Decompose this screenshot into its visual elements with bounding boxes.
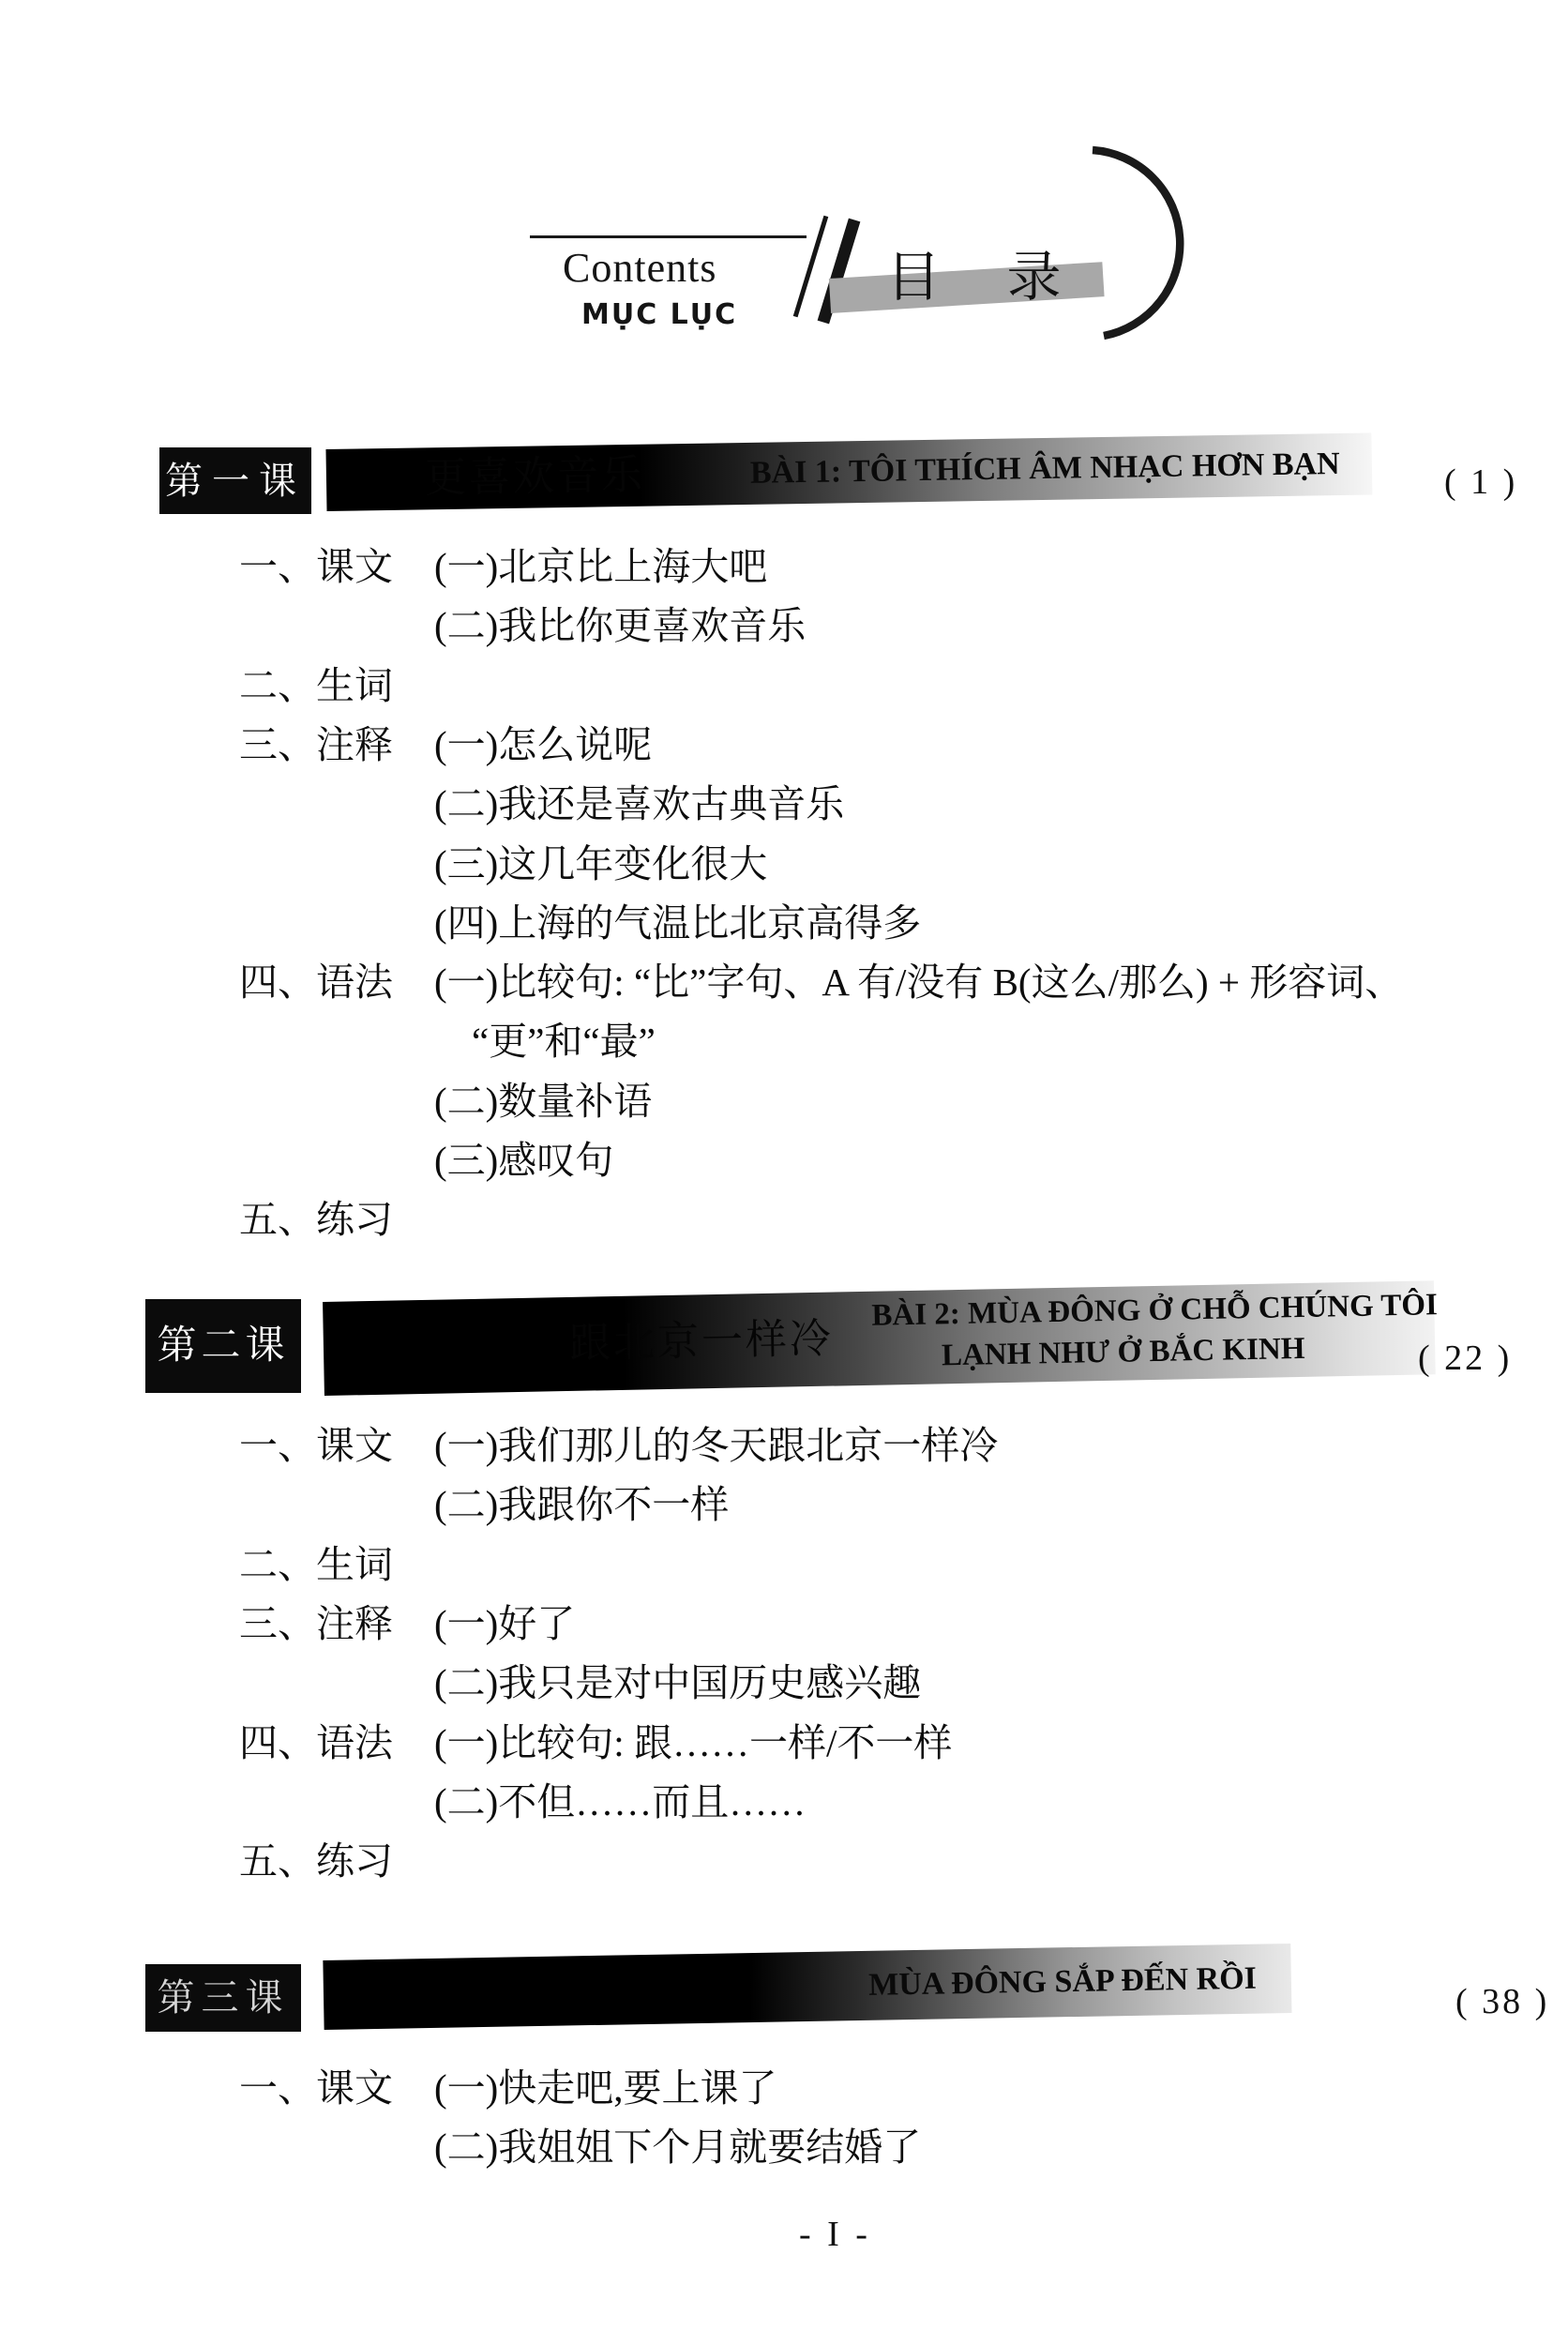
toc-section-label: 五、练习 xyxy=(239,1837,393,1885)
lesson3-number-box: 第三课 xyxy=(145,1964,301,2032)
lesson2-page-number: ( 22 ) xyxy=(1418,1338,1512,1379)
lesson3-title-vi: MÙA ĐÔNG SẮP ĐẾN RỒI xyxy=(712,1944,1257,2023)
toc-item-text: (三)这几年变化很大 xyxy=(434,840,767,888)
toc-item-text: (一)怎么说呢 xyxy=(434,720,652,769)
toc-section-label: 一、课文 xyxy=(239,542,393,591)
toc-section-label: 二、生词 xyxy=(239,1540,393,1589)
header-underline xyxy=(530,235,807,238)
toc-section-label: 一、课文 xyxy=(239,2064,393,2112)
toc-item-text: (一)好了 xyxy=(434,1599,575,1648)
toc-item-text: (一)比较句: “比”字句、A 有/没有 B(这么/那么) + 形容词、 xyxy=(434,958,1403,1006)
toc-section-label: 五、练习 xyxy=(239,1195,393,1244)
toc-section-label: 四、语法 xyxy=(239,958,393,1006)
toc-item-text: (二)不但……而且…… xyxy=(434,1778,806,1826)
lesson1-title-vi: BÀI 1: TÔI THÍCH ÂM NHẠC HƠN BẠN xyxy=(749,433,1340,505)
toc-section-label: 一、课文 xyxy=(239,1421,393,1470)
toc-item-text: (三)感叹句 xyxy=(434,1136,613,1185)
toc-item-text: (一)北京比上海大吧 xyxy=(434,542,767,591)
lesson1-number-box: 第一课 xyxy=(159,447,311,514)
toc-item-text: (二)我姐姐下个月就要结婚了 xyxy=(434,2123,921,2171)
lesson2-number-box: 第二课 xyxy=(145,1299,301,1393)
toc-item-text: (一)我们那儿的冬天跟北京一样冷 xyxy=(434,1421,998,1470)
toc-item-text: (四)上海的气温比北京高得多 xyxy=(434,899,921,947)
contents-title-zh: 目 录 xyxy=(886,233,1088,311)
contents-title-vi: MỤC LỤC xyxy=(581,298,737,331)
toc-item-text: “更”和“最” xyxy=(472,1017,656,1066)
page-number-footer: - I - xyxy=(799,2214,871,2255)
lesson2-title-bar: 跟北京一样冷 BÀI 2: MÙA ĐÔNG Ở CHỖ CHÚNG TÔI L… xyxy=(323,1280,1436,1396)
lesson2-title-zh: 跟北京一样冷 xyxy=(568,1293,835,1391)
toc-section-label: 二、生词 xyxy=(239,661,393,710)
lesson2-title-vi-line2: LẠNH NHƯ Ở BẮC KINH xyxy=(872,1330,1375,1374)
lesson1-page-number: ( 1 ) xyxy=(1444,454,1517,510)
lesson1-title-bar: 更喜欢音乐 BÀI 1: TÔI THÍCH ÂM NHẠC HƠN BẠN xyxy=(325,432,1372,511)
toc-item-text: (一)快走吧,要上课了 xyxy=(434,2064,777,2112)
lesson3-title-bar: MÙA ĐÔNG SẮP ĐẾN RỒI xyxy=(323,1944,1291,2030)
lesson2-items: 一、课文 (一)我们那儿的冬天跟北京一样冷 (二)我跟你不一样 二、生词 三、注… xyxy=(239,1421,1552,1909)
toc-item-text: (二)我跟你不一样 xyxy=(434,1480,729,1529)
lesson3-page-number: ( 38 ) xyxy=(1455,1974,1549,2030)
toc-item-text: (二)我比你更喜欢音乐 xyxy=(434,601,806,650)
lesson3-items: 一、课文 (一)快走吧,要上课了 (二)我姐姐下个月就要结婚了 xyxy=(239,2064,1552,2195)
toc-section-label: 三、注释 xyxy=(239,720,393,769)
toc-page: Contents MỤC LỤC 目 录 第一课 更喜欢音乐 BÀI 1: TÔ… xyxy=(0,0,1568,2345)
toc-section-label: 三、注释 xyxy=(239,1599,393,1648)
toc-item-text: (一)比较句: 跟……一样/不一样 xyxy=(434,1718,952,1767)
lesson1-title-zh: 更喜欢音乐 xyxy=(424,445,645,510)
contents-title-en: Contents xyxy=(563,244,716,292)
toc-item-text: (二)数量补语 xyxy=(434,1077,652,1126)
toc-section-label: 四、语法 xyxy=(239,1718,393,1767)
lesson1-items: 一、课文 (一)北京比上海大吧 (二)我比你更喜欢音乐 二、生词 三、注释 (一… xyxy=(239,542,1552,1293)
toc-item-text: (二)我只是对中国历史感兴趣 xyxy=(434,1658,921,1707)
lesson2-title-vi-line1: BÀI 2: MÙA ĐÔNG Ở CHỖ CHÚNG TÔI xyxy=(871,1288,1438,1334)
toc-item-text: (二)我还是喜欢古典音乐 xyxy=(434,779,844,828)
